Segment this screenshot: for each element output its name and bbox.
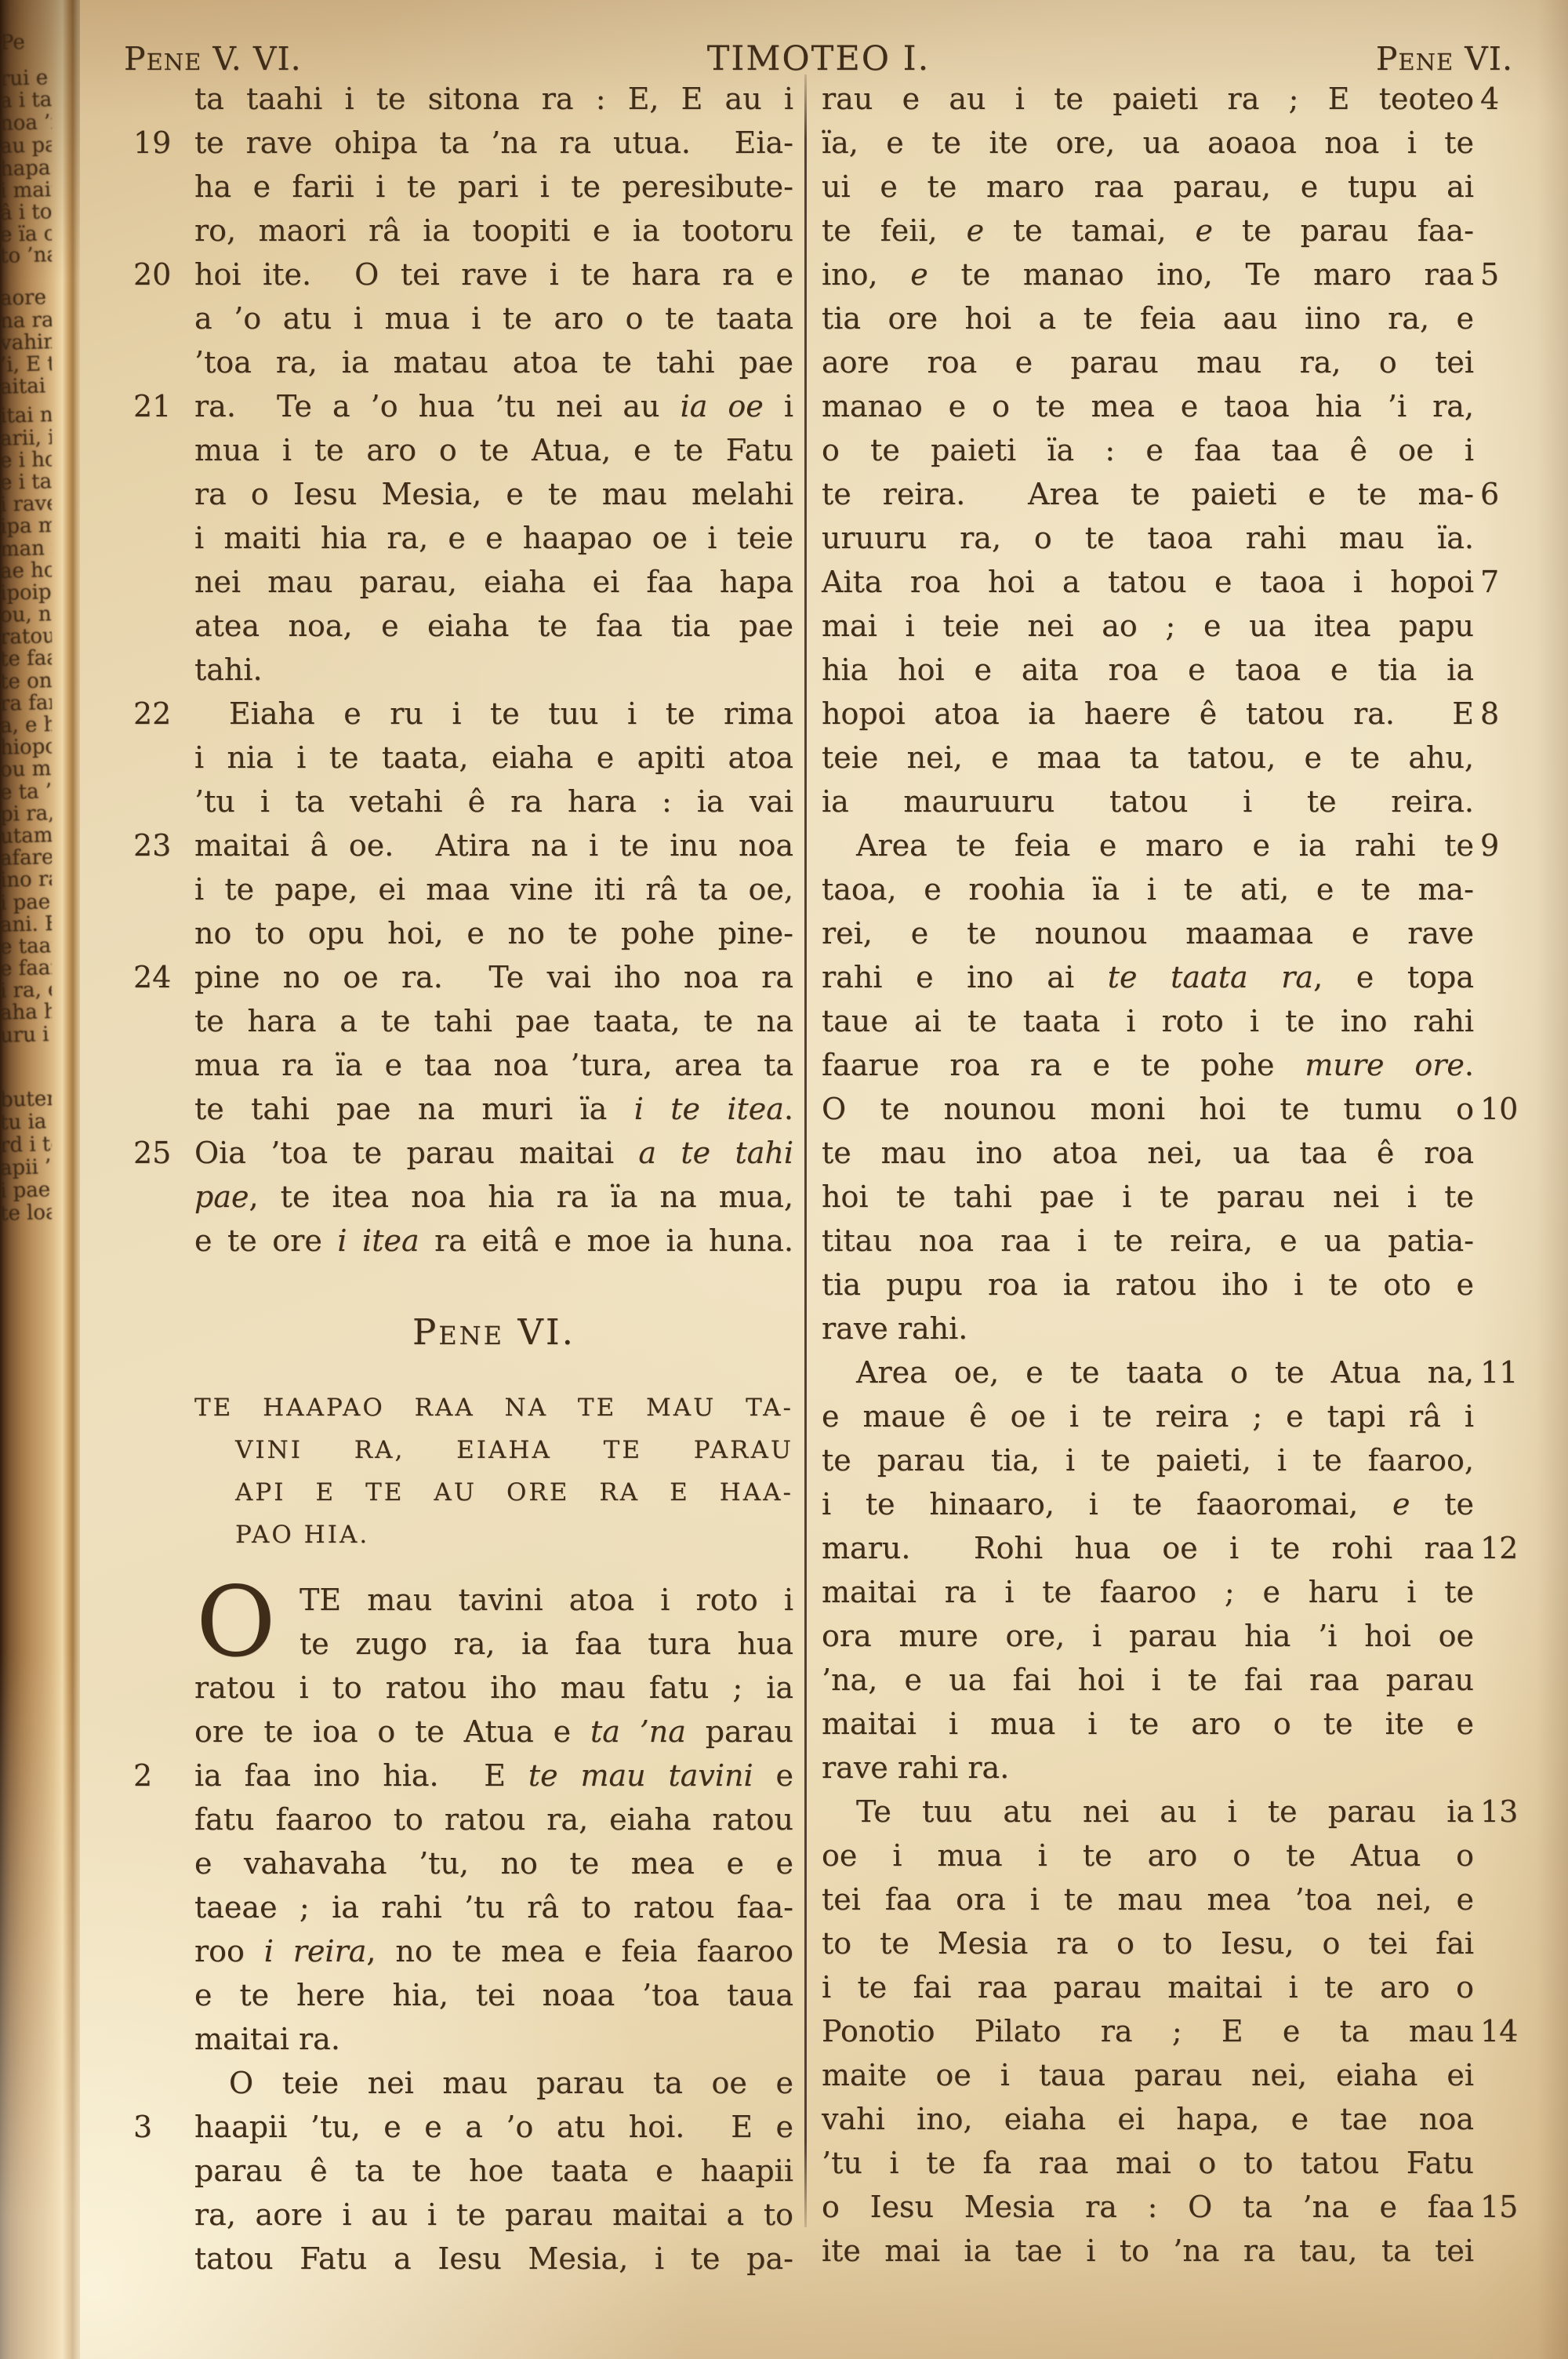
text-line-content: mua ra ïa e taa noa ’tura, area ta (194, 1048, 793, 1082)
text-line-content: O te nounou moni hoi te tumu o (822, 1092, 1474, 1126)
text-line-content: e te ore i itea ra eitâ e moe ia huna. (194, 1223, 793, 1258)
gutter-text-fragment: ipoipo i (0, 581, 52, 605)
running-head: Pene V. VI. TIMOTEO I. Pene VI. (124, 41, 1513, 80)
gutter-text-fragment: ae hoi m (0, 559, 52, 583)
text-line-content: tia ore hoi a te feia aau iino ra, e (822, 301, 1474, 336)
verse-number: 19 (133, 121, 188, 165)
gutter-text-fragment: utama, e (0, 824, 52, 848)
text-line-content: te tahi pae na muri ïa i te itea. (194, 1092, 793, 1126)
verse-number: 15 (1480, 2185, 1548, 2229)
verse-number: 10 (1480, 1087, 1548, 1131)
gutter-text-fragment: rui e (0, 67, 52, 90)
text-line: te hara a te tahi pae taata, te na (194, 999, 793, 1043)
text-line: ’tu i te fa raa mai o to tatou Fatu (822, 2141, 1474, 2185)
verse-number: 23 (133, 823, 188, 867)
gutter-text-fragment: i pae (0, 891, 52, 914)
verse-number: 13 (1480, 1790, 1548, 1834)
text-line-content: Te tuu atu nei au i te parau ia (856, 1794, 1474, 1829)
text-line: oe i mua i te aro o te Atua o (822, 1834, 1474, 1877)
text-line-content: aore roa e parau mau ra, o tei (822, 345, 1474, 380)
text-line: i nia i te taata, eiaha e apiti atoa (194, 736, 793, 780)
text-line: hia hoi e aita roa e taoa e tia ia (822, 648, 1474, 692)
gutter-text-fragment: tu ia i (0, 1110, 52, 1134)
text-line: 3haapii ’tu, e e a ’o atu hoi. E e (194, 2105, 793, 2149)
text-line: taoa, e roohia ïa i te ati, e te ma- (822, 867, 1474, 911)
text-line-content: atea noa, e eiaha te faa tia pae (194, 609, 793, 643)
text-line: uruuru ra, o te taoa rahi mau ïa. (822, 516, 1474, 560)
text-line-content: ta taahi i te sitona ra : E, E au i (194, 82, 793, 116)
verse-number: 5 (1480, 253, 1548, 296)
text-line: faarue roa ra e te pohe mure ore. (822, 1043, 1474, 1087)
text-line: parau ê ta te hoe taata e haapii (194, 2149, 793, 2193)
text-line: pae, te itea noa hia ra ïa na mua, (194, 1175, 793, 1219)
verse-number: 14 (1480, 2009, 1548, 2053)
text-line-content: taue ai te taata i roto i te ino rahi (822, 1004, 1474, 1038)
text-line: hoi te tahi pae i te parau nei i te (822, 1175, 1474, 1219)
gutter-text-fragment: ou, no e (0, 603, 52, 627)
text-line: tei faa ora i te mau mea ’toa nei, e (822, 1877, 1474, 1921)
text-line: 8hopoi atoa ia haere ê tatou ra. E (822, 692, 1474, 736)
text-line-content: pae, te itea noa hia ra ïa na mua, (194, 1179, 793, 1214)
text-line-content: i te hinaaro, i te faaoromai, e te (822, 1487, 1474, 1521)
verse-number: 21 (133, 384, 188, 428)
text-line: 15o Iesu Mesia ra : O ta ’na e faa (822, 2185, 1474, 2229)
text-line-content: te parau tia, i te paieti, i te faaroo, (822, 1443, 1474, 1478)
text-line: 13Te tuu atu nei au i te parau ia (822, 1790, 1474, 1834)
gutter-text-fragment: e ta ’u p (0, 780, 52, 804)
gutter-text-fragment: a, e hop (0, 714, 52, 737)
text-line-content: i te fai raa parau maitai i te aro o (822, 1970, 1474, 2005)
text-line-content: ite mai ia tae i to ’na ra tau, ta tei (822, 2234, 1474, 2268)
text-line: no to opu hoi, e no te pohe pine- (194, 911, 793, 955)
text-line: 19te rave ohipa ta ’na ra utua. Eia- (194, 121, 793, 165)
gutter-text-fragment: arii, i (0, 427, 52, 450)
text-line-content: rei, e te nounou maamaa e rave (822, 916, 1474, 951)
verse-number: 24 (133, 955, 188, 999)
verse-block-ch6: O TE mau tavini atoa i roto ite zugo ra,… (194, 1578, 793, 2281)
text-line: ’tu i ta vetahi ê ra hara : ia vai (194, 780, 793, 823)
text-line-content: rave rahi ra. (822, 1750, 1009, 1785)
text-line-content: rave rahi. (822, 1311, 967, 1346)
text-line: te feii, e te tamai, e te parau faa- (822, 209, 1474, 253)
text-line: e maue ê oe i te reira ; e tapi râ i (822, 1394, 1474, 1438)
verse-number: 8 (1480, 692, 1548, 736)
text-line-content: Area te feia e maro e ia rahi te (856, 828, 1474, 863)
gutter-text-fragment: ratou la (0, 625, 52, 649)
gutter-text-fragment: ipa mai (0, 514, 52, 538)
text-line: taue ai te taata i roto i te ino rahi (822, 999, 1474, 1043)
gutter-text-fragment: apii ’tu (0, 1156, 52, 1179)
text-line-content: TE mau tavini atoa i roto i (299, 1583, 793, 1617)
text-line: tia pupu roa ia ratou iho i te oto e (822, 1263, 1474, 1307)
text-line-content: haapii ’tu, e e a ’o atu hoi. E e (194, 2110, 793, 2144)
verse-number: 22 (133, 692, 188, 736)
gutter-text-fragment: rd i te (0, 1133, 52, 1157)
text-line: e vahavaha ’tu, no te mea e e (194, 1841, 793, 1885)
running-head-left: Pene V. VI. (124, 41, 302, 77)
text-line: 14Ponotio Pilato ra ; E e ta mau (822, 2009, 1474, 2053)
text-line-content: te rave ohipa ta ’na ra utua. Eia- (194, 125, 793, 160)
text-line: nei mau parau, eiaha ei faa hapa (194, 560, 793, 604)
text-line-content: mua i te aro o te Atua, e te Fatu (194, 433, 793, 467)
text-line-content: ’toa ra, ia matau atoa te tahi pae (194, 345, 793, 380)
gutter-text-fragment: e ïa o (0, 223, 52, 246)
gutter-text-fragment: pi ra, e (0, 802, 52, 826)
text-line-content: maitai i mua i te aro o te ite e (822, 1707, 1474, 1741)
text-line: ite mai ia tae i to ’na ra tau, ta tei (822, 2229, 1474, 2273)
text-line-content: ’na, e ua fai hoi i te fai raa parau (822, 1663, 1474, 1697)
text-line-content: parau ê ta te hoe taata e haapii (194, 2154, 793, 2188)
text-line-content: o te paieti ïa : e faa taa ê oe i (822, 433, 1474, 467)
text-line-content: mai i teie nei ao ; e ua itea papu (822, 609, 1474, 643)
verse-number: 3 (133, 2105, 188, 2149)
text-line-content: to te Mesia ra o to Iesu, o tei fai (822, 1926, 1474, 1961)
gutter-text-fragment: e i ho (0, 449, 52, 472)
chapter-summary: TE HAAPAO RAA NA TE MAU TA-VINI RA, EIAH… (194, 1387, 793, 1556)
text-line-content: rau e au i te paieti ra ; E teoteo (822, 82, 1474, 116)
text-line-content: Eiaha e ru i te tuu i te rima (229, 696, 793, 731)
gutter-text-fragment: aitai ra (0, 375, 52, 398)
text-line-content: maitai ra i te faaroo ; e haru i te (822, 1575, 1474, 1609)
text-line: roo i reira, no te mea e feia faaroo (194, 1929, 793, 1973)
text-line: fatu faaroo to ratou ra, eiaha ratou (194, 1797, 793, 1841)
text-line-content: uruuru ra, o te taoa rahi mau ïa. (822, 521, 1474, 555)
text-line: 21ra. Te a ’o hua ’tu nei au ia oe i (194, 384, 793, 428)
text-line: aore roa e parau mau ra, o tei (822, 340, 1474, 384)
text-line-content: pine no oe ra. Te vai iho noa ra (194, 960, 793, 994)
text-line: ora mure ore, i parau hia ’i hoi oe (822, 1614, 1474, 1658)
gutter-text-fragment: te faai (0, 647, 52, 671)
text-line: maitai i mua i te aro o te ite e (822, 1702, 1474, 1746)
text-line: ra o Iesu Mesia, e te mau melahi (194, 472, 793, 516)
text-line: o te paieti ïa : e faa taa ê oe i (822, 428, 1474, 472)
text-line-content: tei faa ora i te mau mea ’toa nei, e (822, 1882, 1474, 1917)
text-line: ia mauruuru tatou i te reira. (822, 780, 1474, 823)
text-line-content: te reira. Area te paieti e te ma- (822, 477, 1474, 511)
text-line: rahi e ino ai te taata ra, e topa (822, 955, 1474, 999)
text-line-content: i nia i te taata, eiaha e apiti atoa (194, 740, 793, 775)
text-line: taeae ; ia rahi ’tu râ to ratou faa- (194, 1885, 793, 1929)
verse-number: 20 (133, 253, 188, 296)
gutter-text-fragment: te loa (0, 1201, 52, 1225)
text-line-content: taeae ; ia rahi ’tu râ to ratou faa- (194, 1890, 793, 1925)
text-line: ta taahi i te sitona ra : E, E au i (194, 77, 793, 121)
verse-number: 25 (133, 1131, 188, 1175)
gutter-text-fragment: Pe (0, 31, 52, 54)
verse-number: 4 (1480, 77, 1548, 121)
left-column: ta taahi i te sitona ra : E, E au i19te … (194, 77, 793, 2281)
column-divider (804, 75, 807, 2227)
text-line: 2ia faa ino hia. E te mau tavini e (194, 1754, 793, 1797)
text-line-content: maite oe i taua parau nei, eiaha ei (822, 2058, 1474, 2092)
text-line-content: rahi e ino ai te taata ra, e topa (822, 960, 1474, 994)
gutter-text-fragment: i pae al (0, 1179, 52, 1202)
text-line: ïa, e te ite ore, ua aoaoa noa i te (822, 121, 1474, 165)
gutter-text-fragment: i ra, e (0, 979, 52, 1002)
chapter-heading: Pene VI. (194, 1308, 793, 1357)
text-line-content: maru. Rohi hua oe i te rohi raa (822, 1531, 1474, 1565)
gutter-text-fragment: ra fare (0, 692, 52, 715)
text-line: O teie nei mau parau ta oe e (194, 2061, 793, 2105)
verse-number: 7 (1480, 560, 1548, 604)
text-line: 24pine no oe ra. Te vai iho noa ra (194, 955, 793, 999)
text-line: i te hinaaro, i te faaoromai, e te (822, 1482, 1474, 1526)
text-line-content: maitai â oe. Atira na i te inu noa (194, 828, 793, 863)
text-line-content: ra. Te a ’o hua ’tu nei au ia oe i (194, 389, 793, 423)
verse-block-ch5: ta taahi i te sitona ra : E, E au i19te … (194, 77, 793, 1263)
text-line-content: te hara a te tahi pae taata, te na (194, 1004, 793, 1038)
text-line: 11Area oe, e te taata o te Atua na, (822, 1350, 1474, 1394)
text-line: teie nei, e maa ta tatou, e te ahu, (822, 736, 1474, 780)
text-line-content: ha e farii i te pari i te peresibute- (194, 169, 793, 204)
text-line: vahi ino, eiaha ei hapa, e tae noa (822, 2097, 1474, 2141)
running-head-right: Pene VI. (1376, 41, 1513, 77)
text-line-content: ’tu i ta vetahi ê ra hara : ia vai (194, 784, 793, 819)
text-line: tia ore hoi a te feia aau iino ra, e (822, 296, 1474, 340)
gutter-text-fragment: e faaro (0, 957, 52, 980)
text-line-content: ra, aore i au i te parau maitai a to (194, 2197, 793, 2232)
gutter-text-fragment: aha hia, (0, 1001, 52, 1024)
text-line-content: ratou i to ratou iho mau fatu ; ia (194, 1670, 793, 1705)
text-line-content: ore te ioa o te Atua e ta ’na parau (194, 1714, 793, 1749)
text-line-content: vahi ino, eiaha ei hapa, e tae noa (822, 2102, 1474, 2136)
text-line: ha e farii i te pari i te peresibute- (194, 165, 793, 209)
text-line: 6te reira. Area te paieti e te ma- (822, 472, 1474, 516)
text-line: 9Area te feia e maro e ia rahi te (822, 823, 1474, 867)
text-line: i te fai raa parau maitai i te aro o (822, 1965, 1474, 2009)
gutter-text-fragment: ino ra (0, 868, 52, 892)
text-line: 5ino, e te manao ino, Te maro raa (822, 253, 1474, 296)
text-line-content: roo i reira, no te mea e feia faaroo (194, 1934, 793, 1968)
chapter-summary-line: API E TE AU ORE RA E HAA- (194, 1471, 793, 1514)
text-line: to te Mesia ra o to Iesu, o tei fai (822, 1921, 1474, 1965)
gutter-text-fragment: afare, e (0, 846, 52, 870)
text-line-content: te mau ino atoa nei, ua taa ê roa (822, 1136, 1474, 1170)
verse-number: 6 (1480, 472, 1548, 516)
text-line-content: te feii, e te tamai, e te parau faa- (822, 213, 1474, 248)
text-line: 12maru. Rohi hua oe i te rohi raa (822, 1526, 1474, 1570)
text-line: 7Aita roa hoi a tatou e taoa i hopoi (822, 560, 1474, 604)
text-line: rei, e te nounou maamaa e rave (822, 911, 1474, 955)
text-line-content: faarue roa ra e te pohe mure ore. (822, 1048, 1474, 1082)
verse-block-right: 4rau e au i te paieti ra ; E teoteoïa, e… (822, 77, 1474, 2273)
text-line-content: e maue ê oe i te reira ; e tapi râ i (822, 1399, 1474, 1434)
text-line: 10O te nounou moni hoi te tumu o (822, 1087, 1474, 1131)
book-page: Perui ea i tanoa ’iau pahapa.i maitâ i t… (0, 0, 1568, 2359)
text-line-content: taoa, e roohia ïa i te ati, e te ma- (822, 872, 1474, 907)
text-line: maitai ra. (194, 2017, 793, 2061)
chapter-summary-line: TE HAAPAO RAA NA TE MAU TA- (194, 1387, 793, 1429)
text-line: i te pape, ei maa vine iti râ ta oe, (194, 867, 793, 911)
text-line-content: e vahavaha ’tu, no te mea e e (194, 1846, 793, 1881)
text-line: mua ra ïa e taa noa ’tura, area ta (194, 1043, 793, 1087)
gutter-text-fragment: aore i t (0, 286, 52, 310)
text-line-content: ora mure ore, i parau hia ’i hoi oe (822, 1619, 1474, 1653)
gutter-text-fragment: ’i, E te (0, 353, 52, 376)
text-line-content: tia pupu roa ia ratou iho i te oto e (822, 1267, 1474, 1302)
text-line: maite oe i taua parau nei, eiaha ei (822, 2053, 1474, 2097)
text-line: 20hoi ite. O tei rave i te hara ra e (194, 253, 793, 296)
text-line: manao e o te mea e taoa hia ’i ra, (822, 384, 1474, 428)
text-line-content: Area oe, e te taata o te Atua na, (856, 1355, 1474, 1390)
text-line: 4rau e au i te paieti ra ; E teoteo (822, 77, 1474, 121)
text-line-content: ’tu i te fa raa mai o to tatou Fatu (822, 2146, 1474, 2180)
text-line: ’toa ra, ia matau atoa te tahi pae (194, 340, 793, 384)
text-line-content: oe i mua i te aro o te Atua o (822, 1838, 1474, 1873)
text-line-content: Aita roa hoi a tatou e taoa i hopoi (822, 565, 1474, 599)
text-line: tahi. (194, 648, 793, 692)
text-line-content: fatu faaroo to ratou ra, eiaha ratou (194, 1802, 793, 1837)
text-line-content: ino, e te manao ino, Te maro raa (822, 257, 1474, 292)
text-line: mua i te aro o te Atua, e te Fatu (194, 428, 793, 472)
text-line-content: ia faa ino hia. E te mau tavini e (194, 1758, 793, 1793)
text-line-content: i maiti hia ra, e e haapao oe i teie (194, 521, 793, 555)
text-line-content: Ponotio Pilato ra ; E e ta mau (822, 2014, 1474, 2048)
gutter-text-fragment: vahine i (0, 331, 52, 354)
text-line: i maiti hia ra, e e haapao oe i teie (194, 516, 793, 560)
text-line-content: ui e te maro raa parau, e tupu ai (822, 169, 1474, 204)
text-line-content: manao e o te mea e taoa hia ’i ra, (822, 389, 1474, 423)
verse-number: 11 (1480, 1350, 1548, 1394)
text-line-content: ro, maori râ ia toopiti e ia tootoru (194, 213, 793, 248)
gutter-text-fragment: ou mea (0, 758, 52, 781)
gutter-text-fragment: hiopoa (0, 736, 52, 759)
gutter-text-fragment: e taata (0, 935, 52, 958)
text-line-content: no to opu hoi, e no te pohe pine- (194, 916, 793, 951)
text-line-content: o Iesu Mesia ra : O ta ’na e faa (822, 2190, 1474, 2224)
gutter-text-fragment: e i tau (0, 471, 52, 494)
text-line-content: maitai ra. (194, 2022, 340, 2056)
chapter-summary-line: PAO HIA. (194, 1514, 793, 1556)
gutter-text-fragment: na ra ma (0, 309, 52, 333)
gutter-text-fragment: i mait (0, 179, 52, 202)
text-line-content: hoi ite. O tei rave i te hara ra e (194, 257, 793, 292)
text-line-content: teie nei, e maa ta tatou, e te ahu, (822, 740, 1474, 775)
text-line: maitai ra i te faaroo ; e haru i te (822, 1570, 1474, 1614)
gutter-text-fragment: itai n (0, 404, 52, 427)
text-line-content: ïa, e te ite ore, ua aoaoa noa i te (822, 125, 1474, 160)
text-line-content: titau noa raa i te reira, e ua patia- (822, 1223, 1474, 1258)
text-line-content: Oia ’toa te parau maitai a te tahi (194, 1136, 793, 1170)
gutter-text-fragment: man io (0, 537, 52, 561)
text-line: TE mau tavini atoa i roto i (194, 1578, 793, 1622)
gutter-text-fragment: â i to’ (0, 201, 52, 224)
gutter-text-fragment: to ’na i (0, 244, 52, 267)
text-line-content: hopoi atoa ia haere ê tatou ra. E (822, 696, 1474, 731)
text-line-content: e te here hia, tei noaa ’toa taua (194, 1978, 793, 2012)
running-head-title: TIMOTEO I. (707, 41, 931, 77)
text-line: 25Oia ’toa te parau maitai a te tahi (194, 1131, 793, 1175)
text-line: mai i teie nei ao ; e ua itea papu (822, 604, 1474, 648)
gutter-text-fragment: butero ’ (0, 1088, 52, 1111)
verse-number: 2 (133, 1754, 188, 1797)
text-line: te mau ino atoa nei, ua taa ê roa (822, 1131, 1474, 1175)
gutter-text-fragment: ani. E (0, 913, 52, 936)
gutter-text-fragment: te on b (0, 670, 52, 693)
text-line: ui e te maro raa parau, e tupu ai (822, 165, 1474, 209)
text-line-content: hoi te tahi pae i te parau nei i te (822, 1179, 1474, 1214)
text-line: te zugo ra, ia faa tura hua (194, 1622, 793, 1666)
text-line-content: O teie nei mau parau ta oe e (229, 2066, 793, 2100)
verse-number: 12 (1480, 1526, 1548, 1570)
text-line: te parau tia, i te paieti, i te faaroo, (822, 1438, 1474, 1482)
gutter-text-fragment: i rave n (0, 493, 52, 516)
text-line-content: i te pape, ei maa vine iti râ ta oe, (194, 872, 793, 907)
chapter-summary-line: VINI RA, EIAHA TE PARAU (194, 1429, 793, 1471)
text-line: rave rahi ra. (822, 1746, 1474, 1790)
gutter-text-fragment: au pa (0, 134, 52, 158)
text-line: ro, maori râ ia toopiti e ia tootoru (194, 209, 793, 253)
text-line: a ’o atu i mua i te aro o te taata (194, 296, 793, 340)
text-line: e te here hia, tei noaa ’toa taua (194, 1973, 793, 2017)
text-line: ra, aore i au i te parau maitai a to (194, 2193, 793, 2237)
text-line: 22Eiaha e ru i te tuu i te rima (194, 692, 793, 736)
gutter-text-fragment: uru i te (0, 1023, 52, 1047)
text-line: te tahi pae na muri ïa i te itea. (194, 1087, 793, 1131)
gutter-text-fragment: noa ’i (0, 111, 52, 135)
text-line: ratou i to ratou iho mau fatu ; ia (194, 1666, 793, 1710)
text-line: atea noa, e eiaha te faa tia pae (194, 604, 793, 648)
text-line-content: tatou Fatu a Iesu Mesia, i te pa- (194, 2241, 793, 2276)
text-line-content: ra o Iesu Mesia, e te mau melahi (194, 477, 793, 511)
text-line-content: nei mau parau, eiaha ei faa hapa (194, 565, 793, 599)
text-line-content: hia hoi e aita roa e taoa e tia ia (822, 652, 1474, 687)
text-line: 23maitai â oe. Atira na i te inu noa (194, 823, 793, 867)
text-line-content: ia mauruuru tatou i te reira. (822, 784, 1474, 819)
verse-number: 9 (1480, 823, 1548, 867)
text-line: titau noa raa i te reira, e ua patia- (822, 1219, 1474, 1263)
text-line-content: te zugo ra, ia faa tura hua (299, 1627, 793, 1661)
text-line: ore te ioa o te Atua e ta ’na parau (194, 1710, 793, 1754)
text-line: tatou Fatu a Iesu Mesia, i te pa- (194, 2237, 793, 2281)
text-line-content: a ’o atu i mua i te aro o te taata (194, 301, 793, 336)
text-line: e te ore i itea ra eitâ e moe ia huna. (194, 1219, 793, 1263)
gutter-text-fragment: a i ta (0, 89, 52, 112)
right-column: 4rau e au i te paieti ra ; E teoteoïa, e… (822, 77, 1474, 2273)
text-line: rave rahi. (822, 1307, 1474, 1350)
text-line: ’na, e ua fai hoi i te fai raa parau (822, 1658, 1474, 1702)
text-line-content: tahi. (194, 652, 263, 687)
book-gutter: Perui ea i tanoa ’iau pahapa.i maitâ i t… (0, 0, 80, 2359)
gutter-text-fragment: hapa. (0, 157, 52, 180)
